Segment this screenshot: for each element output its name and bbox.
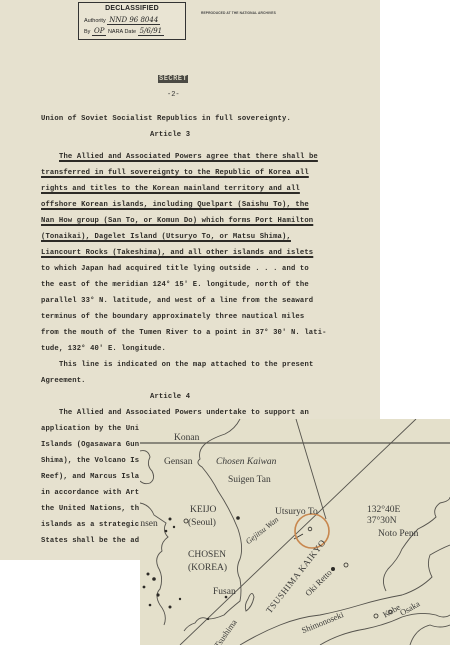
stamp-title: DECLASSIFIED	[79, 5, 185, 12]
map-label-coordinate-e: 132°40E	[367, 505, 400, 515]
text-line: Liancourt Rocks (Takeshima), and all oth…	[41, 249, 313, 257]
map-label-konan: Konan	[174, 433, 199, 443]
text-line: the east of the meridian 124° 15' E. lon…	[41, 281, 309, 289]
stamp-authority-value: NND 96 8044	[107, 16, 160, 25]
text-line: from the mouth of the Tumen River to a p…	[41, 329, 327, 337]
map-label-noto-penn: Noto Penn	[378, 529, 418, 539]
text-line: Islands (Ogasawara Gun	[41, 441, 139, 449]
map-label-keijo: KEIJO	[190, 505, 216, 515]
text-line: transferred in full sovereignty to the R…	[41, 169, 309, 177]
map-label-chosen: CHOSEN	[188, 550, 226, 560]
stamp-authority-row: Authority NND 96 8044	[84, 16, 160, 24]
classification-marking: SECRET	[158, 75, 188, 83]
article-heading: Article 3	[150, 131, 190, 139]
text-line: Shima), the Volcano Is	[41, 457, 139, 465]
article-heading: Article 4	[150, 393, 190, 401]
map-label-jinsen: Jinsen	[140, 519, 158, 529]
map-label-chosen-kaiwan: Chosen Kaiwan	[216, 457, 276, 467]
text-line: to which Japan had acquired title lying …	[41, 265, 309, 273]
map-label-gensan: Gensan	[164, 457, 193, 467]
text-line: This line is indicated on the map attach…	[59, 361, 313, 369]
stamp-nara-value: 5/6/91	[138, 27, 165, 36]
map-label-utsuryo-to: Utsuryo To	[275, 507, 318, 517]
text-line: terminus of the boundary approximately t…	[41, 313, 304, 321]
stamp-by-value: OP	[92, 27, 106, 36]
declassified-stamp: DECLASSIFIED Authority NND 96 8044 By OP…	[78, 2, 186, 40]
text-line: States shall be the ad	[41, 537, 139, 545]
map-label-fusan: Fusan	[213, 587, 236, 597]
text-line: rights and titles to the Korean mainland…	[41, 185, 300, 193]
text-line: islands as a strategic	[41, 521, 139, 529]
map-label-seoul: (Seoul)	[188, 518, 216, 528]
map-label-suigen-tan: Suigen Tan	[228, 475, 271, 485]
text-line: The Allied and Associated Powers agree t…	[59, 153, 318, 161]
map-label-coordinate-n: 37°30N	[367, 516, 397, 526]
text-line: the United Nations, th	[41, 505, 139, 513]
stamp-nara-label: NARA Date	[108, 29, 136, 35]
text-line: Agreement.	[41, 377, 86, 385]
text-line: application by the Uni	[41, 425, 139, 433]
stamp-by-row: By OP NARA Date 5/6/91	[84, 27, 164, 35]
text-line: Nan How group (San To, or Komun Do) whic…	[41, 217, 313, 225]
text-line: offshore Korean islands, including Quelp…	[41, 201, 309, 209]
stamp-authority-label: Authority	[84, 18, 106, 24]
text-line: (Tonaikai), Dagelet Island (Utsuryo To, …	[41, 233, 291, 241]
text-line: tude, 132° 40' E. longitude.	[41, 345, 166, 353]
map-label-korea: (KOREA)	[188, 563, 227, 573]
page-number: -2-	[167, 91, 180, 99]
map-inset: Konan Gensan Chosen Kaiwan Suigen Tan KE…	[140, 419, 450, 645]
text-line: in accordance with Art	[41, 489, 139, 497]
text-line: Reef), and Marcus Isla	[41, 473, 139, 481]
stamp-by-label: By	[84, 29, 90, 35]
text-line: Union of Soviet Socialist Republics in f…	[41, 115, 291, 123]
reproduced-note: REPRODUCED AT THE NATIONAL ARCHIVES	[201, 11, 276, 15]
text-line: parallel 33° N. latitude, and west of a …	[41, 297, 313, 305]
text-line: The Allied and Associated Powers underta…	[59, 409, 309, 417]
